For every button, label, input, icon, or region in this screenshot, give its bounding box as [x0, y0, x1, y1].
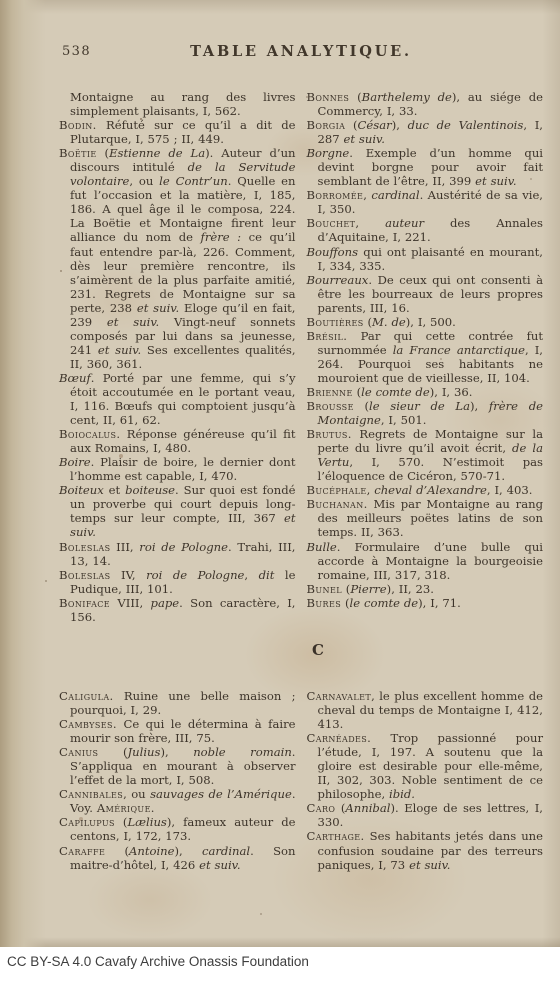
- index-entry: Montaigne au rang des livres simplement …: [59, 90, 296, 118]
- index-entry: Boleslas III, roi de Pologne. Trahi, III…: [59, 540, 296, 568]
- license-bar: CC BY-SA 4.0 Cavafy Archive Onassis Foun…: [0, 947, 560, 981]
- index-column: Carnavalet, le plus excellent homme de c…: [307, 689, 544, 872]
- index-entry: Boire. Plaisir de boire, le dernier dont…: [59, 455, 296, 483]
- index-entry: Brousse (le sieur de La), frère de Monta…: [307, 399, 544, 427]
- index-entry: Caro (Annibal). Eloge de ses lettres, I,…: [307, 801, 544, 829]
- index-entry: Carnavalet, le plus excellent homme de c…: [307, 689, 544, 731]
- index-entry: Cambyses. Ce qui le détermina à faire mo…: [59, 717, 296, 745]
- index-entry: Boiocalus. Réponse généreuse qu’il fit a…: [59, 427, 296, 455]
- index-column: Montaigne au rang des livres simplement …: [59, 90, 296, 624]
- index-entry: Bulle. Formulaire d’une bulle qui accord…: [307, 540, 544, 582]
- index-entry: Caligula. Ruine une belle maison ; pourq…: [59, 689, 296, 717]
- index-entry: Canius (Julius), noble romain. S’appliqu…: [59, 745, 296, 787]
- index-entry: Brésil. Par qui cette contrée fut surnom…: [307, 329, 544, 385]
- index-column: Caligula. Ruine une belle maison ; pourq…: [59, 689, 296, 872]
- index-entry: Bunel (Pierre), II, 23.: [307, 582, 544, 596]
- index-entry: Boëtie (Estienne de La). Auteur d’un dis…: [59, 146, 296, 371]
- index-entry: Borromée, cardinal. Austérité de sa vie,…: [307, 188, 544, 216]
- index-entry: Bœuf. Porté par une femme, qui s’y étoit…: [59, 371, 296, 427]
- index-entry: Cannibales, ou sauvages de l’Amérique. V…: [59, 787, 296, 815]
- index-column: Bonnes (Barthelemy de), au siége de Comm…: [307, 90, 544, 624]
- index-entry: Bonnes (Barthelemy de), au siége de Comm…: [307, 90, 544, 118]
- index-entry: Bouchet, auteur des Annales d’Aquitaine,…: [307, 216, 544, 244]
- index-entry: Boleslas IV, roi de Pologne, dit le Pudi…: [59, 568, 296, 596]
- page-title: TABLE ANALYTIQUE.: [60, 43, 542, 60]
- index-section-b: Montaigne au rang des livres simplement …: [59, 90, 543, 624]
- index-entry: Bourreaux. De ceux qui ont consenti à êt…: [307, 273, 544, 315]
- index-entry: Capilupus (Lælius), fameux auteur de cen…: [59, 815, 296, 843]
- index-entry: Bodin. Réfuté sur ce qu’il a dit de Plut…: [59, 118, 296, 146]
- index-entry: Boiteux et boiteuse. Sur quoi est fondé …: [59, 483, 296, 539]
- index-entry: Boniface VIII, pape. Son caractère, I, 1…: [59, 596, 296, 624]
- index-entry: Bures (le comte de), I, 71.: [307, 596, 544, 610]
- section-divider-letter: C: [312, 641, 324, 659]
- scanned-book-page: 538 TABLE ANALYTIQUE. Montaigne au rang …: [0, 0, 560, 947]
- index-entry: Caraffe (Antoine), cardinal. Son maitre-…: [59, 844, 296, 872]
- index-entry: Carthage. Ses habitants jetés dans une c…: [307, 829, 544, 871]
- index-entry: Buchanan. Mis par Montaigne au rang des …: [307, 497, 544, 539]
- license-text: CC BY-SA 4.0 Cavafy Archive Onassis Foun…: [7, 954, 309, 969]
- index-entry: Bucéphale, cheval d’Alexandre, I, 403.: [307, 483, 544, 497]
- index-entry: Boutières (M. de), I, 500.: [307, 315, 544, 329]
- index-entry: Borgne. Exemple d’un homme qui devint bo…: [307, 146, 544, 188]
- index-entry: Carnéades. Trop passionné pour l’étude, …: [307, 731, 544, 801]
- index-entry: Brutus. Regrets de Montaigne sur la pert…: [307, 427, 544, 483]
- index-section-c: Caligula. Ruine une belle maison ; pourq…: [59, 689, 543, 872]
- index-entry: Bouffons qui ont plaisanté en mourant, I…: [307, 245, 544, 273]
- index-entry: Brienne (le comte de), I, 36.: [307, 385, 544, 399]
- index-entry: Borgia (César), duc de Valentinois, I, 2…: [307, 118, 544, 146]
